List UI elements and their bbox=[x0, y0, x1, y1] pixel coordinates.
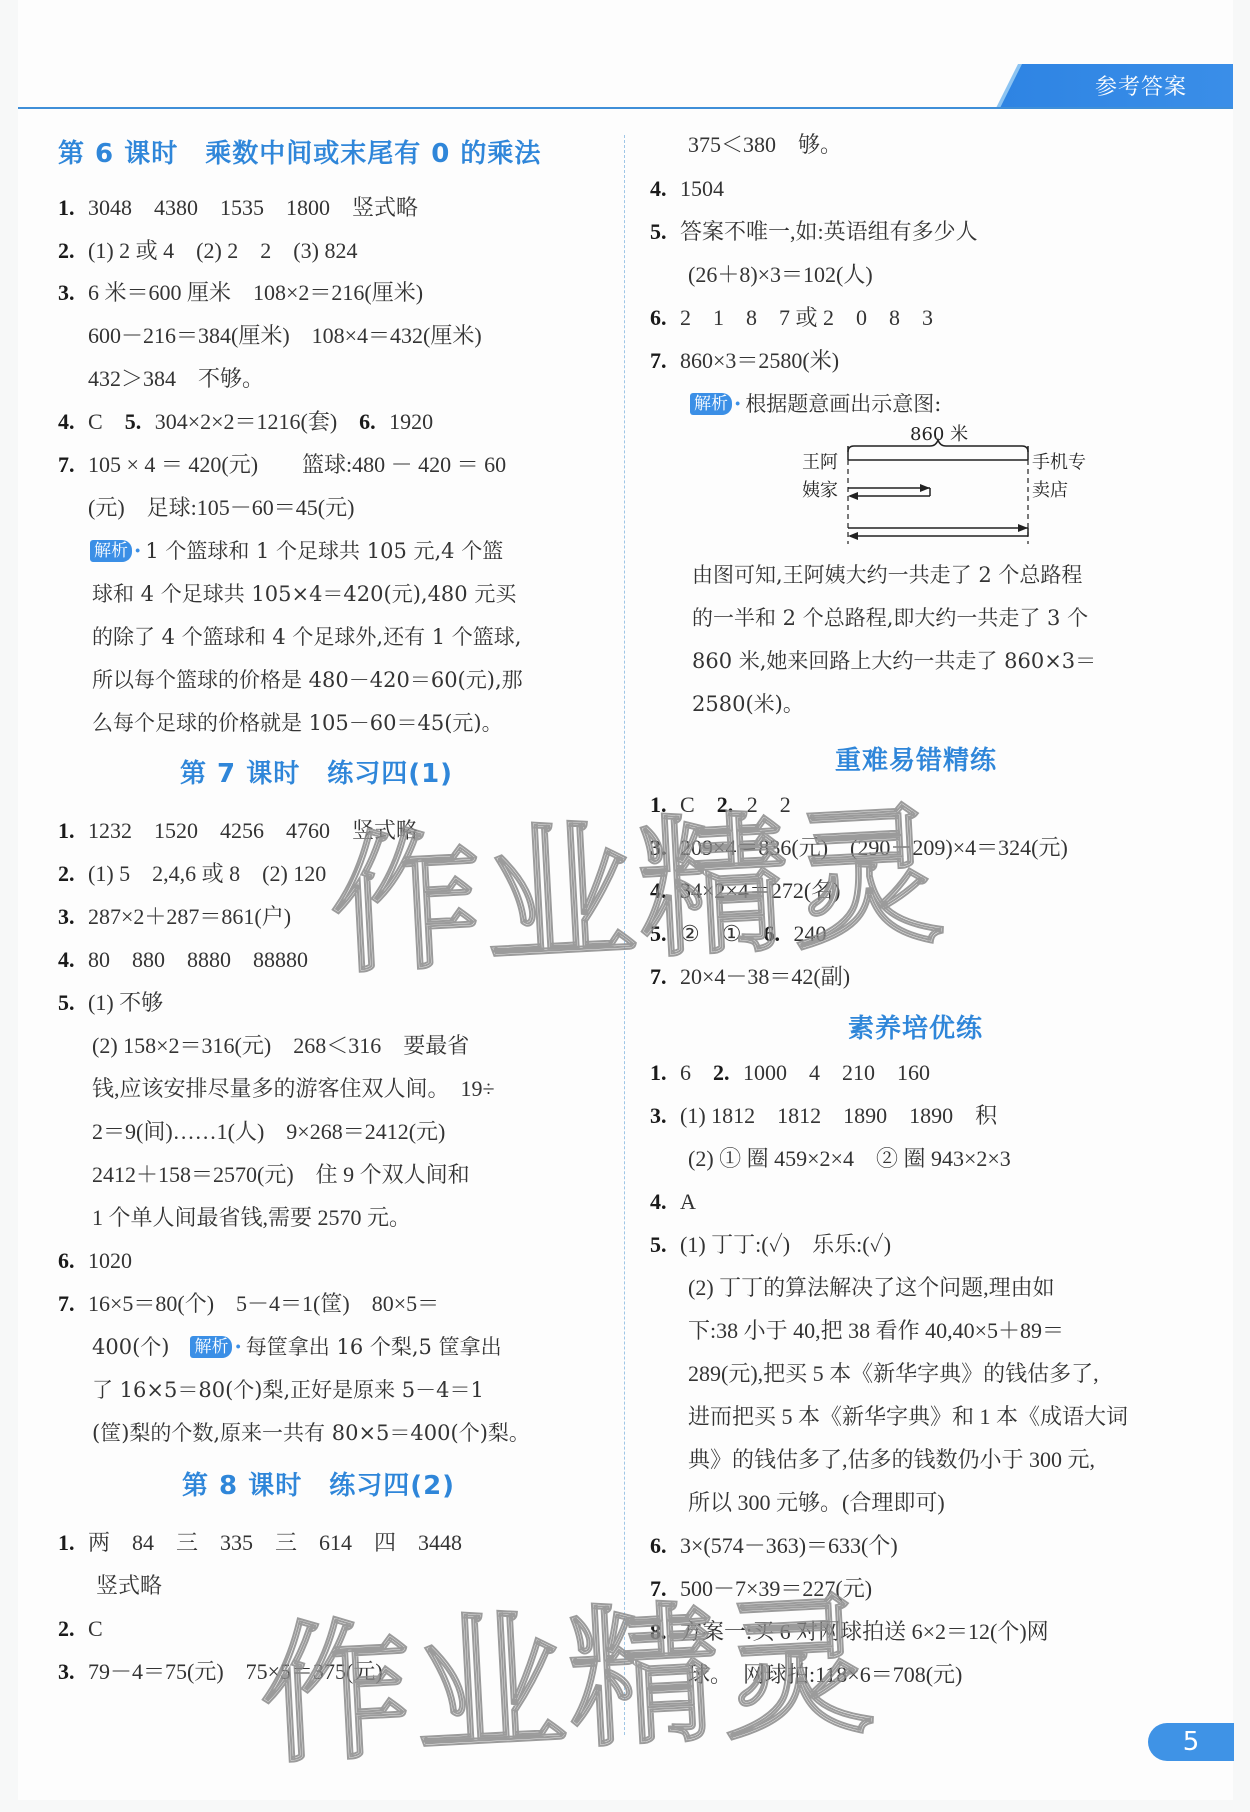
header-rule bbox=[18, 107, 1233, 109]
distance-diagram: 860 米 王阿 姨家 手机专 卖店 bbox=[790, 432, 1090, 550]
analysis-line: 由图可知,王阿姨大约一共走了 2 个总路程 bbox=[692, 560, 1082, 590]
diagram-end-label: 手机专 bbox=[1032, 448, 1086, 474]
answer-line: 4.80 880 8880 88880 bbox=[58, 945, 308, 975]
answer-line: 3.287×2＋287＝861(户) bbox=[58, 902, 291, 932]
answer-line: 289(元),把买 5 本《新华字典》的钱估多了, bbox=[688, 1359, 1099, 1389]
analysis-line: 2580(米)。 bbox=[692, 689, 804, 719]
answer-line: 7.20×4－38＝42(副) bbox=[650, 962, 850, 992]
answer-line: 3.79－4＝75(元) 75×5＝375(元) bbox=[58, 1657, 383, 1687]
column-divider bbox=[624, 135, 625, 1735]
analysis-line: 860 米,她来回路上大约一共走了 860×3＝ bbox=[692, 646, 1096, 676]
answer-line: 2.C bbox=[58, 1614, 103, 1644]
answer-line: 1.6 2.1000 4 210 160 bbox=[650, 1058, 930, 1088]
badge-dot-icon: · bbox=[234, 1334, 241, 1359]
analysis-badge: 解析 bbox=[190, 1336, 232, 1358]
answer-line: 3.6 米＝600 厘米 108×2＝216(厘米) bbox=[58, 278, 423, 308]
answer-line: 下:38 小于 40,把 38 看作 40,40×5＋89＝ bbox=[688, 1316, 1064, 1346]
answer-line: 375＜380 够。 bbox=[688, 130, 842, 160]
answer-line: (2) 158×2＝316(元) 268＜316 要最省 bbox=[92, 1031, 469, 1061]
answer-line: 6.3×(574－363)＝633(个) bbox=[650, 1531, 898, 1561]
analysis-line: 所以每个篮球的价格是 480－420＝60(元),那 bbox=[92, 665, 523, 695]
answer-line: 3.209×4＝836(元) (290－209)×4＝324(元) bbox=[650, 833, 1068, 863]
analysis-line: 400(个) 解析·每筐拿出 16 个梨,5 筐拿出 bbox=[92, 1332, 502, 1362]
answer-line: (26＋8)×3＝102(人) bbox=[688, 260, 873, 290]
section-title-lesson7: 第 7 课时 练习四(1) bbox=[180, 753, 453, 790]
answer-line: 进而把买 5 本《新华字典》和 1 本《成语大词 bbox=[688, 1402, 1128, 1432]
diagram-start-label: 王阿 bbox=[802, 448, 838, 474]
answer-line: 2.(1) 2 或 4 (2) 2 2 (3) 824 bbox=[58, 236, 357, 266]
analysis-line: 的除了 4 个篮球和 4 个足球外,还有 1 个篮球, bbox=[92, 622, 521, 652]
analysis-line: 解析·根据题意画出示意图: bbox=[690, 389, 941, 419]
answer-line: 球。 网球拍:118×6＝708(元) bbox=[688, 1660, 962, 1690]
answer-line: 4.A bbox=[650, 1187, 696, 1217]
answer-line: 4.34×2×4＝272(名) bbox=[650, 876, 840, 906]
diagram-end-label: 卖店 bbox=[1032, 476, 1068, 502]
analysis-line: 的一半和 2 个总路程,即大约一共走了 3 个 bbox=[692, 603, 1088, 633]
answer-line: 5.(1) 不够 bbox=[58, 988, 163, 1018]
answer-line: 6.1020 bbox=[58, 1246, 132, 1276]
answer-line: 1.C 2.2 2 bbox=[650, 790, 791, 820]
analysis-line: 球和 4 个足球共 105×4＝420(元),480 元买 bbox=[92, 579, 516, 609]
section-title-lesson8: 第 8 课时 练习四(2) bbox=[182, 1465, 455, 1502]
answer-line: 1 个单人间最省钱,需要 2570 元。 bbox=[92, 1203, 411, 1233]
analysis-line: 了 16×5＝80(个)梨,正好是原来 5－4＝1 bbox=[92, 1375, 484, 1405]
diagram-start-label: 姨家 bbox=[802, 476, 838, 502]
badge-dot-icon: · bbox=[134, 538, 141, 563]
answer-line: (2) 丁丁的算法解决了这个问题,理由如 bbox=[688, 1273, 1055, 1303]
answer-line: 5.答案不唯一,如:英语组有多少人 bbox=[650, 217, 978, 247]
answer-line: 5.② ① 6.240 bbox=[650, 919, 826, 949]
answer-line: 600－216＝384(厘米) 108×4＝432(厘米) bbox=[88, 321, 482, 351]
section-title-excel-practice: 素养培优练 bbox=[848, 1008, 983, 1045]
answer-line: 1.3048 4380 1535 1800 竖式略 bbox=[58, 193, 418, 223]
answer-line: 2412＋158＝2570(元) 住 9 个双人间和 bbox=[92, 1160, 470, 1190]
analysis-badge: 解析 bbox=[690, 393, 732, 415]
answer-line: 5.(1) 丁丁:(✓) 乐乐:(✓) bbox=[650, 1230, 891, 1260]
section-title-lesson6: 第 6 课时 乘数中间或末尾有 0 的乘法 bbox=[58, 133, 541, 170]
answer-line: (元) 足球:105－60＝45(元) bbox=[88, 493, 354, 523]
answer-line: 7.16×5＝80(个) 5－4＝1(筐) 80×5＝ bbox=[58, 1289, 439, 1319]
answer-line: 3.(1) 1812 1812 1890 1890 积 bbox=[650, 1101, 997, 1131]
answer-line: 1.两 84 三 335 三 614 四 3448 bbox=[58, 1528, 462, 1558]
answer-line: 432＞384 不够。 bbox=[88, 364, 264, 394]
answer-line: 7.500－7×39＝227(元) bbox=[650, 1574, 872, 1604]
answer-line: 钱,应该安排尽量多的游客住双人间。 19÷ bbox=[92, 1074, 495, 1104]
answer-line: 7.860×3＝2580(米) bbox=[650, 346, 839, 376]
analysis-line: 么每个足球的价格就是 105－60＝45(元)。 bbox=[92, 708, 503, 738]
answer-line: 竖式略 bbox=[96, 1571, 162, 1601]
answer-line: 所以 300 元够。(合理即可) bbox=[688, 1488, 945, 1518]
badge-dot-icon: · bbox=[734, 391, 741, 416]
answer-line: 4.C 5.304×2×2＝1216(套) 6.1920 bbox=[58, 407, 433, 437]
analysis-badge: 解析 bbox=[90, 540, 132, 562]
answer-line: 2＝9(间)……1(人) 9×268＝2412(元) bbox=[92, 1117, 445, 1147]
answer-line: 2.(1) 5 2,4,6 或 8 (2) 120 bbox=[58, 859, 326, 889]
page-number-badge: 5 bbox=[1148, 1723, 1234, 1761]
diagram-distance-label: 860 米 bbox=[910, 420, 968, 446]
analysis-line: 解析·1 个篮球和 1 个足球共 105 元,4 个篮 bbox=[90, 536, 503, 566]
header-label: 参考答案 bbox=[1095, 70, 1235, 104]
answer-line: 4.1504 bbox=[650, 174, 724, 204]
answer-line: 1.1232 1520 4256 4760 竖式略 bbox=[58, 816, 418, 846]
answer-line: 7.105 × 4 ＝ 420(元) 篮球:480 － 420 ＝ 60 bbox=[58, 450, 506, 480]
section-title-hard-practice: 重难易错精练 bbox=[835, 740, 997, 777]
answer-line: 典》的钱估多了,估多的钱数仍小于 300 元, bbox=[688, 1445, 1095, 1475]
answer-line: 8.方案一:买 6 对网球拍送 6×2＝12(个)网 bbox=[650, 1617, 1049, 1647]
analysis-line: (筐)梨的个数,原来一共有 80×5＝400(个)梨。 bbox=[92, 1418, 530, 1448]
answer-line: 6.2 1 8 7 或 2 0 8 3 bbox=[650, 303, 933, 333]
answer-line: (2) ① 圈 459×2×4 ② 圈 943×2×3 bbox=[688, 1144, 1011, 1174]
